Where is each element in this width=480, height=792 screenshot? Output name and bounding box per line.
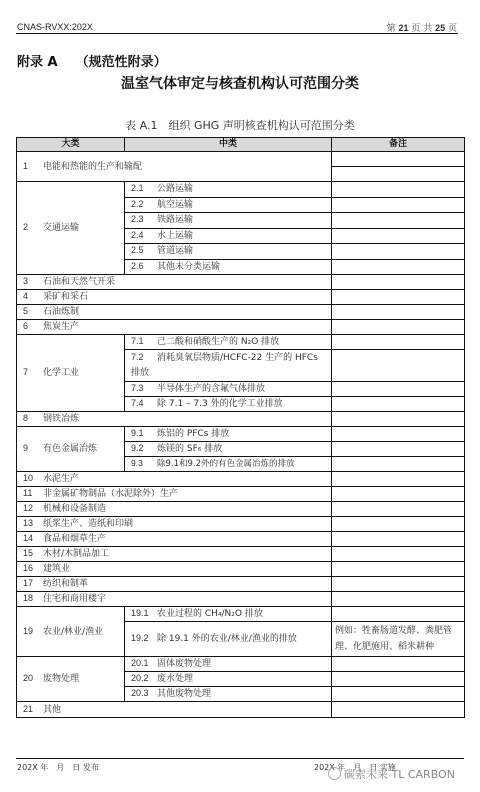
row-num: 8 [23, 412, 39, 425]
sub-cell: 2.5管道运输 [125, 244, 332, 260]
footer-rule [16, 758, 464, 759]
table-row: 21其他 [17, 702, 465, 718]
table-header-row: 大类 中类 备注 [17, 138, 465, 152]
table-row: 19农业/林业/渔业 19.1农业过程的 CH₄/N₂O 排放 [17, 607, 465, 622]
remark-cell [332, 305, 465, 320]
sub-num: 7.4 [131, 397, 151, 410]
remark-cell [332, 672, 465, 687]
sub-cell: 19.2除 19.1 外的农业/林业/渔业的排放 [125, 622, 332, 657]
page-total: 25 [435, 23, 445, 33]
row-11-cell: 11非金属矿物制品（水泥除外）生产 [17, 487, 332, 502]
table-row: 14食品和烟草生产 [17, 532, 465, 547]
remark-cell [332, 607, 465, 622]
sub-label: 消耗臭氧层物质/HCFC-22 生产的 HFCs 排放 [131, 353, 318, 378]
row-num: 21 [23, 703, 39, 716]
sub-cell: 7.1己二酸和硝酸生产的 N₂O 排放 [125, 335, 332, 350]
remark-cell [332, 532, 465, 547]
remark-cell [332, 320, 465, 335]
row-num: 14 [23, 532, 39, 545]
table-row: 9有色金属冶炼 9.1炼铝的 PFCs 排放 [17, 427, 465, 442]
remark-cell [332, 427, 465, 442]
table-row: 5石油炼制 [17, 305, 465, 320]
document-code: CNAS-RVXX:202X [17, 22, 93, 32]
remark-cell [332, 487, 465, 502]
table-row: 10水泥生产 [17, 472, 465, 487]
row-num: 6 [23, 320, 39, 333]
sub-cell: 2.3铁路运输 [125, 213, 332, 229]
remark-cell [332, 442, 465, 457]
table-row: 20废物处理 20.1固体废物处理 [17, 657, 465, 672]
sub-cell: 2.2航空运输 [125, 197, 332, 213]
sub-label: 水上运输 [157, 231, 193, 241]
sub-num: 2.5 [131, 244, 151, 257]
wechat-icon [328, 767, 341, 780]
sub-num: 19.2 [131, 632, 151, 645]
sub-label: 其他未分类运输 [157, 262, 220, 272]
remark-cell [332, 167, 465, 182]
row-17-cell: 17纺织和制革 [17, 577, 332, 592]
remark-cell [332, 577, 465, 592]
sub-num: 9.1 [131, 427, 151, 440]
remark-cell [332, 259, 465, 275]
sub-cell: 20.3其他废物处理 [125, 687, 332, 702]
remark-cell [332, 213, 465, 229]
sub-num: 2.1 [131, 182, 151, 195]
remark-cell [332, 182, 465, 198]
table-row: 16建筑业 [17, 562, 465, 577]
row-7-cell: 7化学工业 [17, 335, 125, 412]
row-10-cell: 10水泥生产 [17, 472, 332, 487]
sub-label: 航空运输 [157, 200, 193, 210]
row-num: 3 [23, 275, 39, 288]
sub-cell: 9.2炼镁的 SF₆ 排放 [125, 442, 332, 457]
watermark: 碳索未来 TL CARBON [328, 766, 455, 782]
table-row: 4采矿和采石 [17, 290, 465, 305]
sub-num: 7.2 [131, 350, 151, 365]
row-12-cell: 12机械和设备制造 [17, 502, 332, 517]
remark-cell [332, 275, 465, 290]
row-label: 其他 [43, 705, 61, 715]
sub-num: 7.3 [131, 382, 151, 395]
row-label: 纸浆生产、造纸和印刷 [43, 519, 133, 529]
remark-cell [332, 562, 465, 577]
row-13-cell: 13纸浆生产、造纸和印刷 [17, 517, 332, 532]
sub-cell: 7.3半导体生产的含氟气体排放 [125, 382, 332, 397]
table-row: 11非金属矿物制品（水泥除外）生产 [17, 487, 465, 502]
row-num: 11 [23, 487, 39, 500]
publish-date: 202X 年 月 日 发布 [17, 762, 99, 773]
row-label: 非金属矿物制品（水泥除外）生产 [43, 489, 178, 499]
sub-label: 除9.1和9.2外的有色金属冶炼的排放 [157, 459, 295, 469]
row-num: 15 [23, 547, 39, 560]
watermark-text: 碳索未来 TL CARBON [344, 768, 455, 781]
row-label: 水泥生产 [43, 474, 79, 484]
row-num: 19 [23, 625, 39, 638]
sub-label: 炼铝的 PFCs 排放 [157, 429, 229, 439]
table-row: 17纺织和制革 [17, 577, 465, 592]
row-label: 石油炼制 [43, 307, 79, 317]
row-label: 钢铁冶炼 [43, 414, 79, 424]
remark-cell [332, 290, 465, 305]
table-row: 6焦炭生产 [17, 320, 465, 335]
remark-cell [332, 472, 465, 487]
sub-label: 己二酸和硝酸生产的 N₂O 排放 [157, 337, 279, 347]
row-label: 采矿和采石 [43, 292, 88, 302]
remark-cell [332, 382, 465, 397]
sub-label: 除 7.1 – 7.3 外的化学工业排放 [157, 399, 283, 409]
remark-cell [332, 592, 465, 607]
row-num: 9 [23, 442, 39, 455]
sub-label: 固体废物处理 [157, 659, 211, 669]
table-caption: 表 A.1 组织 GHG 声明核查机构认可范围分类 [0, 117, 480, 133]
remark-cell [332, 687, 465, 702]
row-20-cell: 20废物处理 [17, 657, 125, 702]
sub-cell: 7.2消耗臭氧层物质/HCFC-22 生产的 HFCs 排放 [125, 350, 332, 382]
appendix-note: （规范性附录） [76, 55, 167, 70]
row-label: 建筑业 [43, 564, 70, 574]
remark-cell [332, 657, 465, 672]
row-label: 纺织和制革 [43, 579, 88, 589]
sub-num: 20.3 [131, 687, 151, 700]
row-num: 5 [23, 305, 39, 318]
sub-num: 2.2 [131, 198, 151, 211]
sub-label: 炼镁的 SF₆ 排放 [157, 444, 222, 454]
row-8-cell: 8钢铁冶炼 [17, 412, 332, 427]
sub-cell: 9.3除9.1和9.2外的有色金属冶炼的排放 [125, 457, 332, 472]
row-num: 20 [23, 672, 39, 685]
sub-num: 2.4 [131, 229, 151, 242]
remark-cell [332, 457, 465, 472]
row-num: 10 [23, 472, 39, 485]
row-label: 焦炭生产 [43, 322, 79, 332]
appendix-heading: 附录 A（规范性附录） [17, 51, 167, 70]
row-label: 机械和设备制造 [43, 504, 106, 514]
sub-label: 除 19.1 外的农业/林业/渔业的排放 [157, 634, 297, 644]
page-current: 21 [398, 23, 408, 33]
row-6-cell: 6焦炭生产 [17, 320, 332, 335]
row-label: 有色金属冶炼 [43, 444, 97, 454]
row-15-cell: 15木材/木制品加工 [17, 547, 332, 562]
appendix-label: 附录 A [17, 55, 58, 70]
row-14-cell: 14食品和烟草生产 [17, 532, 332, 547]
sub-cell: 2.4水上运输 [125, 228, 332, 244]
header-middle: 中类 [125, 138, 332, 152]
header-remark: 备注 [332, 138, 465, 152]
sub-label: 农业过程的 CH₄/N₂O 排放 [157, 609, 263, 619]
sub-label: 铁路运输 [157, 215, 193, 225]
sub-cell: 2.1公路运输 [125, 182, 332, 198]
remark-cell [332, 547, 465, 562]
sub-num: 20.2 [131, 672, 151, 685]
row-num: 18 [23, 592, 39, 605]
row-18-cell: 18住宅和商用楼宇 [17, 592, 332, 607]
remark-cell [332, 502, 465, 517]
row-num: 4 [23, 290, 39, 303]
remark-cell [332, 702, 465, 718]
row-1-cell: 1电能和热能的生产和输配 [17, 152, 332, 182]
remark-cell [332, 228, 465, 244]
row-num: 2 [23, 221, 39, 234]
header-rule [16, 33, 458, 34]
remark-cell [332, 350, 465, 382]
row-2-cell: 2交通运输 [17, 182, 125, 275]
row-num: 7 [23, 366, 39, 379]
sub-num: 20.1 [131, 657, 151, 670]
table-row: 8钢铁冶炼 [17, 412, 465, 427]
row-num: 16 [23, 562, 39, 575]
row-label: 住宅和商用楼宇 [43, 594, 106, 604]
row-5-cell: 5石油炼制 [17, 305, 332, 320]
row-label: 石油和天然气开采 [43, 277, 115, 287]
remark-cell [332, 517, 465, 532]
header-major: 大类 [17, 138, 125, 152]
row-label: 农业/林业/渔业 [43, 627, 103, 637]
sub-label: 管道运输 [157, 246, 193, 256]
sub-label: 其他废物处理 [157, 689, 211, 699]
scope-table: 大类 中类 备注 1电能和热能的生产和输配 2交通运输 2.1公路运输 2.2航… [16, 137, 465, 718]
sub-num: 9.2 [131, 442, 151, 455]
row-21-cell: 21其他 [17, 702, 332, 718]
row-num: 13 [23, 517, 39, 530]
row-19-cell: 19农业/林业/渔业 [17, 607, 125, 657]
table-row: 15木材/木制品加工 [17, 547, 465, 562]
remark-cell [332, 335, 465, 350]
sub-num: 2.6 [131, 260, 151, 273]
table-row: 7化学工业 7.1己二酸和硝酸生产的 N₂O 排放 [17, 335, 465, 350]
table-row: 2交通运输 2.1公路运输 [17, 182, 465, 198]
row-3-cell: 3石油和天然气开采 [17, 275, 332, 290]
sub-num: 9.3 [131, 457, 151, 470]
table-row: 18住宅和商用楼宇 [17, 592, 465, 607]
remark-cell [332, 412, 465, 427]
remark-cell [332, 197, 465, 213]
sub-cell: 7.4除 7.1 – 7.3 外的化学工业排放 [125, 397, 332, 412]
row-4-cell: 4采矿和采石 [17, 290, 332, 305]
remark-cell [332, 244, 465, 260]
remark-cell [332, 152, 465, 167]
table-row: 1电能和热能的生产和输配 [17, 152, 465, 167]
row-label: 交通运输 [43, 223, 79, 233]
sub-label: 半导体生产的含氟气体排放 [157, 384, 265, 394]
remark-cell [332, 397, 465, 412]
row-label: 食品和烟草生产 [43, 534, 106, 544]
row-num: 12 [23, 502, 39, 515]
page-title: 温室气体审定与核查机构认可范围分类 [0, 73, 480, 93]
row-label: 木材/木制品加工 [43, 549, 109, 559]
row-num: 1 [23, 160, 39, 173]
sub-cell: 19.1农业过程的 CH₄/N₂O 排放 [125, 607, 332, 622]
remark-cell-example: 例如：牲畜肠道发酵、粪肥管理、化肥施用、稻米耕种 [332, 622, 465, 657]
row-9-cell: 9有色金属冶炼 [17, 427, 125, 472]
table-row: 13纸浆生产、造纸和印刷 [17, 517, 465, 532]
sub-cell: 9.1炼铝的 PFCs 排放 [125, 427, 332, 442]
sub-label: 废水处理 [157, 674, 193, 684]
row-label: 电能和热能的生产和输配 [43, 162, 142, 172]
sub-label: 公路运输 [157, 184, 193, 194]
row-16-cell: 16建筑业 [17, 562, 332, 577]
sub-cell: 20.2废水处理 [125, 672, 332, 687]
row-num: 17 [23, 577, 39, 590]
sub-num: 7.1 [131, 335, 151, 348]
sub-num: 2.3 [131, 213, 151, 226]
row-label: 废物处理 [43, 674, 79, 684]
table-row: 12机械和设备制造 [17, 502, 465, 517]
sub-num: 19.1 [131, 607, 151, 620]
sub-cell: 20.1固体废物处理 [125, 657, 332, 672]
sub-cell: 2.6其他未分类运输 [125, 259, 332, 275]
table-row: 3石油和天然气开采 [17, 275, 465, 290]
row-label: 化学工业 [43, 368, 79, 378]
